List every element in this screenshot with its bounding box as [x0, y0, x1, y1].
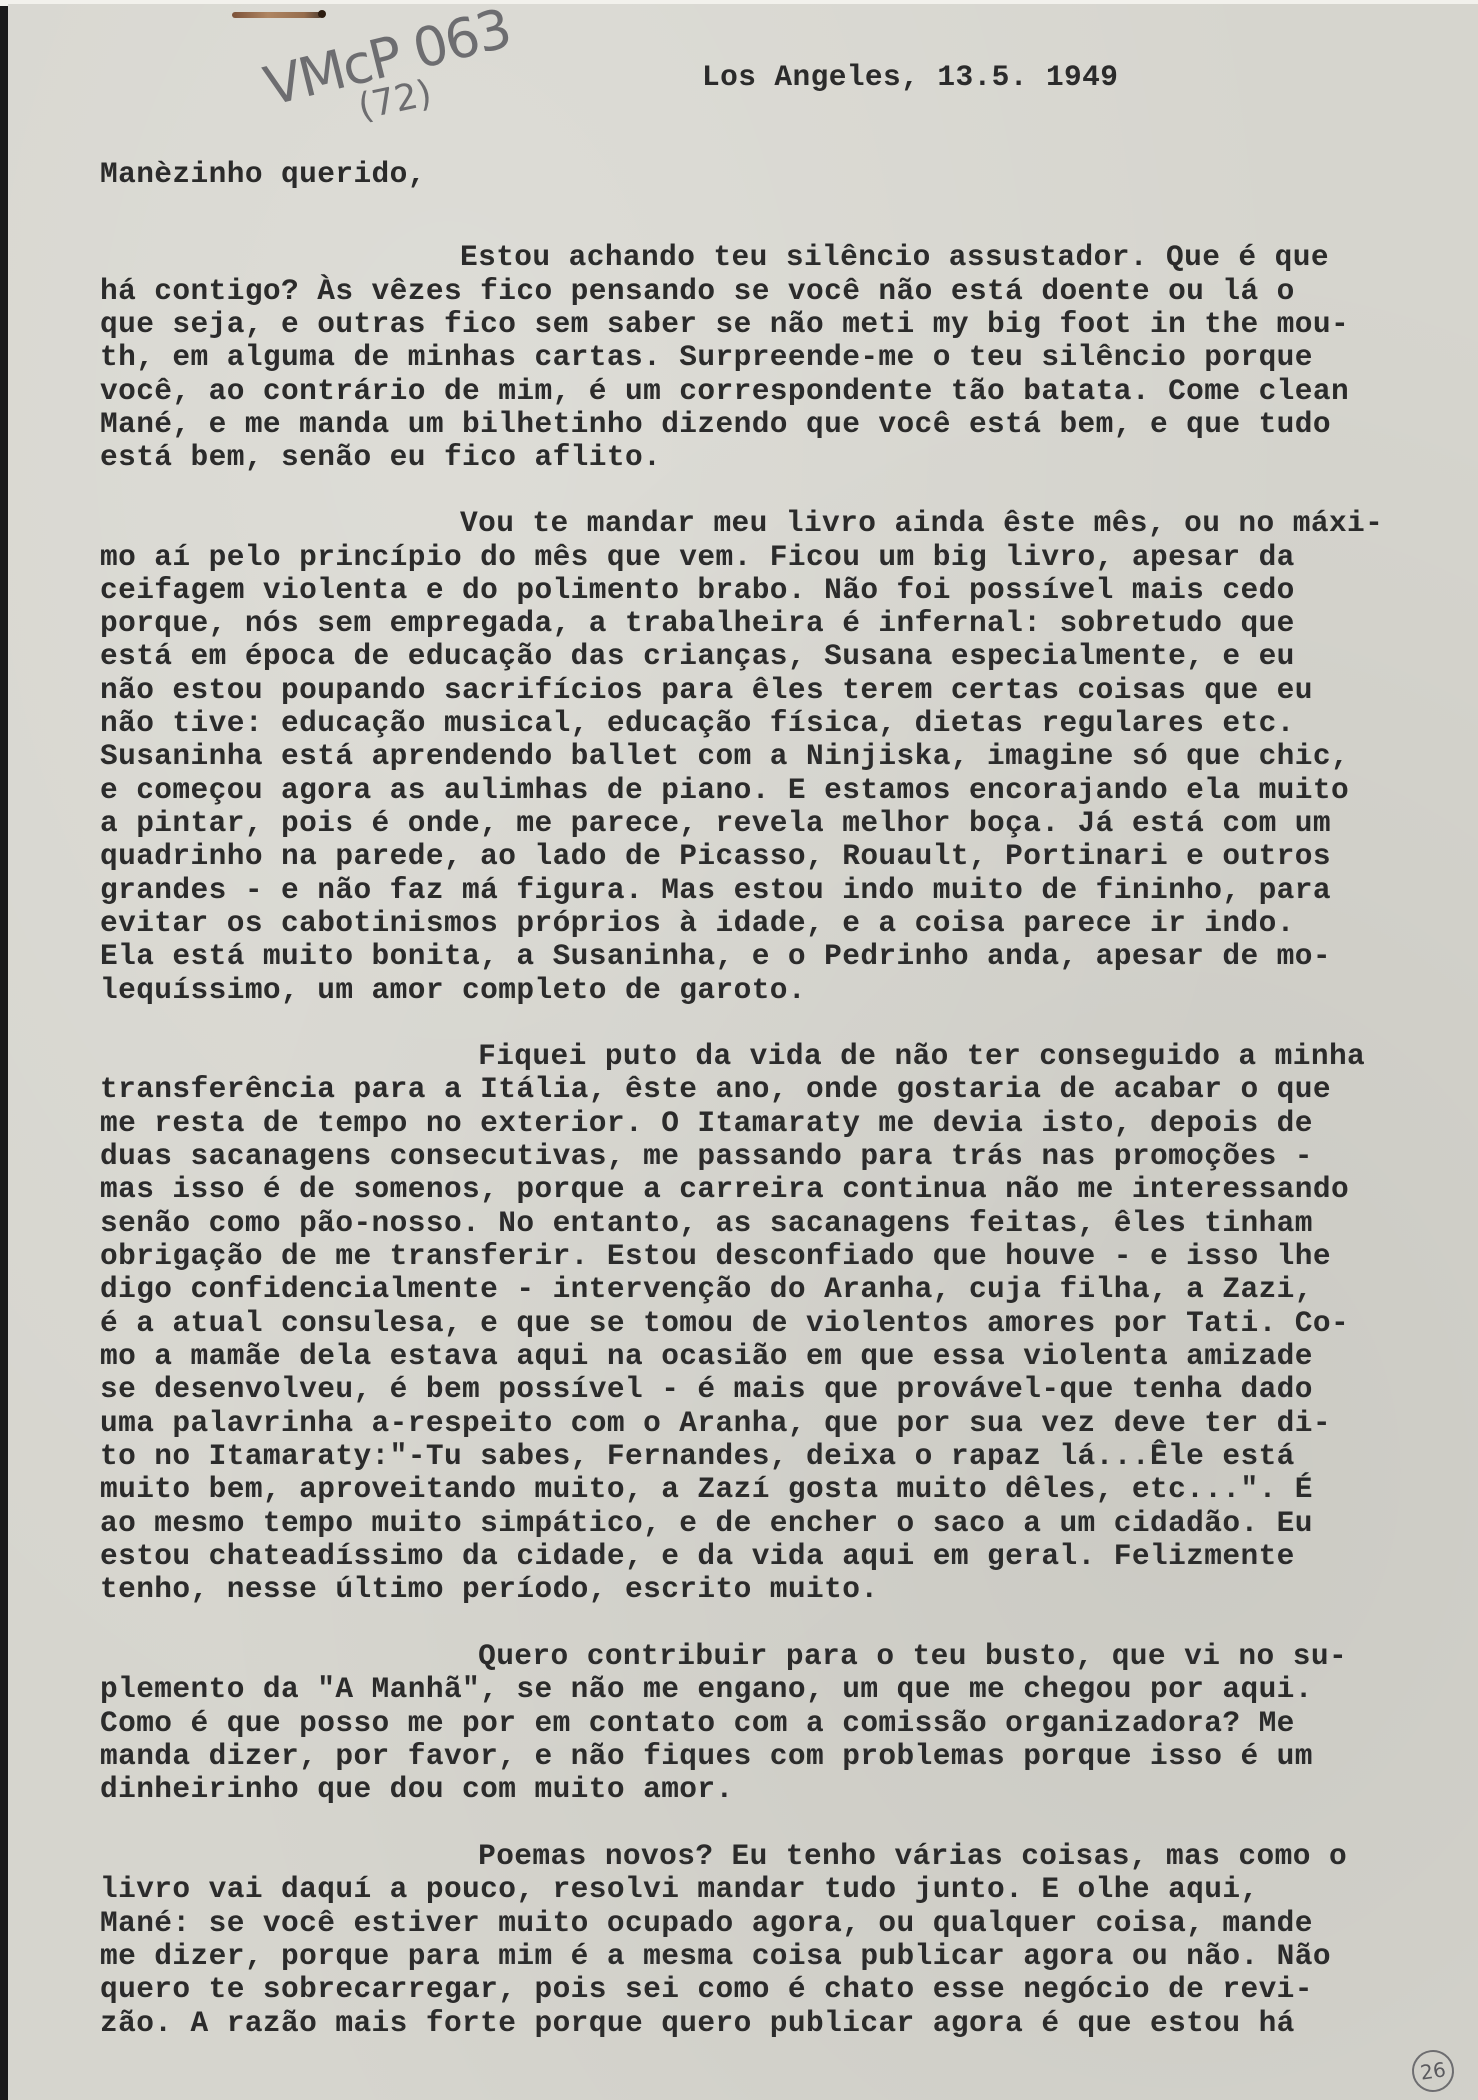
- letter-line: dinheirinho que dou com muito amor.: [100, 1772, 734, 1806]
- letter-line: ao mesmo tempo muito simpático, e de enc…: [100, 1506, 1313, 1540]
- letter-line: quadrinho na parede, ao lado de Picasso,…: [100, 839, 1331, 873]
- letter-line: Mané: se você estiver muito ocupado agor…: [100, 1906, 1313, 1940]
- letter-line: mas isso é de somenos, porque a carreira…: [100, 1172, 1349, 1206]
- rust-pin-mark: [232, 12, 322, 18]
- letter-line: você, ao contrário de mim, é um correspo…: [100, 374, 1349, 408]
- letter-line: porque, nós sem empregada, a trabalheira…: [100, 606, 1295, 640]
- letter-line: é a atual consulesa, e que se tomou de v…: [100, 1306, 1349, 1340]
- letter-line: muito bem, aproveitando muito, a Zazí go…: [100, 1472, 1313, 1506]
- letter-line: mo aí pelo princípio do mês que vem. Fic…: [100, 540, 1295, 574]
- letter-line: se desenvolveu, é bem possível - é mais …: [100, 1372, 1313, 1406]
- letter-line: que seja, e outras fico sem saber se não…: [100, 307, 1349, 341]
- letter-line: Vou te mandar meu livro ainda êste mês, …: [460, 506, 1383, 540]
- letter-line: digo confidencialmente - intervenção do …: [100, 1272, 1313, 1306]
- letter-line: me resta de tempo no exterior. O Itamara…: [100, 1106, 1313, 1140]
- letter-line: não tive: educação musical, educação fís…: [100, 706, 1295, 740]
- letter-line: me dizer, porque para mim é a mesma cois…: [100, 1939, 1331, 1973]
- letter-line: e começou agora as aulimhas de piano. E …: [100, 773, 1349, 807]
- letter-line: Estou achando teu silêncio assustador. Q…: [460, 240, 1329, 274]
- letter-line: não estou poupando sacrifícios para êles…: [100, 673, 1313, 707]
- letter-line: Como é que posso me por em contato com a…: [100, 1706, 1295, 1740]
- letter-line: Susaninha está aprendendo ballet com a N…: [100, 739, 1349, 773]
- letter-line: plemento da "A Manhã", se não me engano,…: [100, 1672, 1313, 1706]
- letter-line: th, em alguma de minhas cartas. Surpreen…: [100, 340, 1313, 374]
- letter-line: está em época de educação das crianças, …: [100, 639, 1295, 673]
- letter-line: grandes - e não faz má figura. Mas estou…: [100, 873, 1331, 907]
- letter-line: lequíssimo, um amor completo de garoto.: [100, 973, 806, 1007]
- letter-line: obrigação de me transferir. Estou descon…: [100, 1239, 1331, 1273]
- letter-line: está bem, senão eu fico aflito.: [100, 440, 661, 474]
- letter-line: Ela está muito bonita, a Susaninha, e o …: [100, 939, 1331, 973]
- letter-line: Fiquei puto da vida de não ter conseguid…: [460, 1039, 1365, 1073]
- letter-line: estou chateadíssimo da cidade, e da vida…: [100, 1539, 1295, 1573]
- letter-line: Poemas novos? Eu tenho várias coisas, ma…: [460, 1839, 1347, 1873]
- letter-line: ceifagem violenta e do polimento brabo. …: [100, 573, 1295, 607]
- letter-line: transferência para a Itália, êste ano, o…: [100, 1072, 1331, 1106]
- letter-line: manda dizer, por favor, e não fiques com…: [100, 1739, 1313, 1773]
- letter-line: Mané, e me manda um bilhetinho dizendo q…: [100, 407, 1331, 441]
- pin-hole-icon: [318, 10, 326, 18]
- letter-line: mo a mamãe dela estava aqui na ocasião e…: [100, 1339, 1313, 1373]
- letter-line: tenho, nesse último período, escrito mui…: [100, 1572, 878, 1606]
- letter-line: há contigo? Às vêzes fico pensando se vo…: [100, 274, 1295, 308]
- letter-line: duas sacanagens consecutivas, me passand…: [100, 1139, 1313, 1173]
- letter-line: zão. A razão mais forte porque quero pub…: [100, 2006, 1295, 2040]
- letter-line: livro vai daquí a pouco, resolvi mandar …: [100, 1872, 1259, 1906]
- letter-line: uma palavrinha a-respeito com o Aranha, …: [100, 1406, 1331, 1440]
- letter-line: evitar os cabotinismos próprios à idade,…: [100, 906, 1295, 940]
- letter-line: senão como pão-nosso. No entanto, as sac…: [100, 1206, 1313, 1240]
- letter-line: to no Itamaraty:"-Tu sabes, Fernandes, d…: [100, 1439, 1295, 1473]
- letter-line: Quero contribuir para o teu busto, que v…: [460, 1639, 1347, 1673]
- salutation: Manèzinho querido,: [100, 157, 426, 191]
- letter-line: quero te sobrecarregar, pois sei como é …: [100, 1972, 1313, 2006]
- dateline: Los Angeles, 13.5. 1949: [702, 60, 1118, 94]
- letter-line: a pintar, pois é onde, me parece, revela…: [100, 806, 1331, 840]
